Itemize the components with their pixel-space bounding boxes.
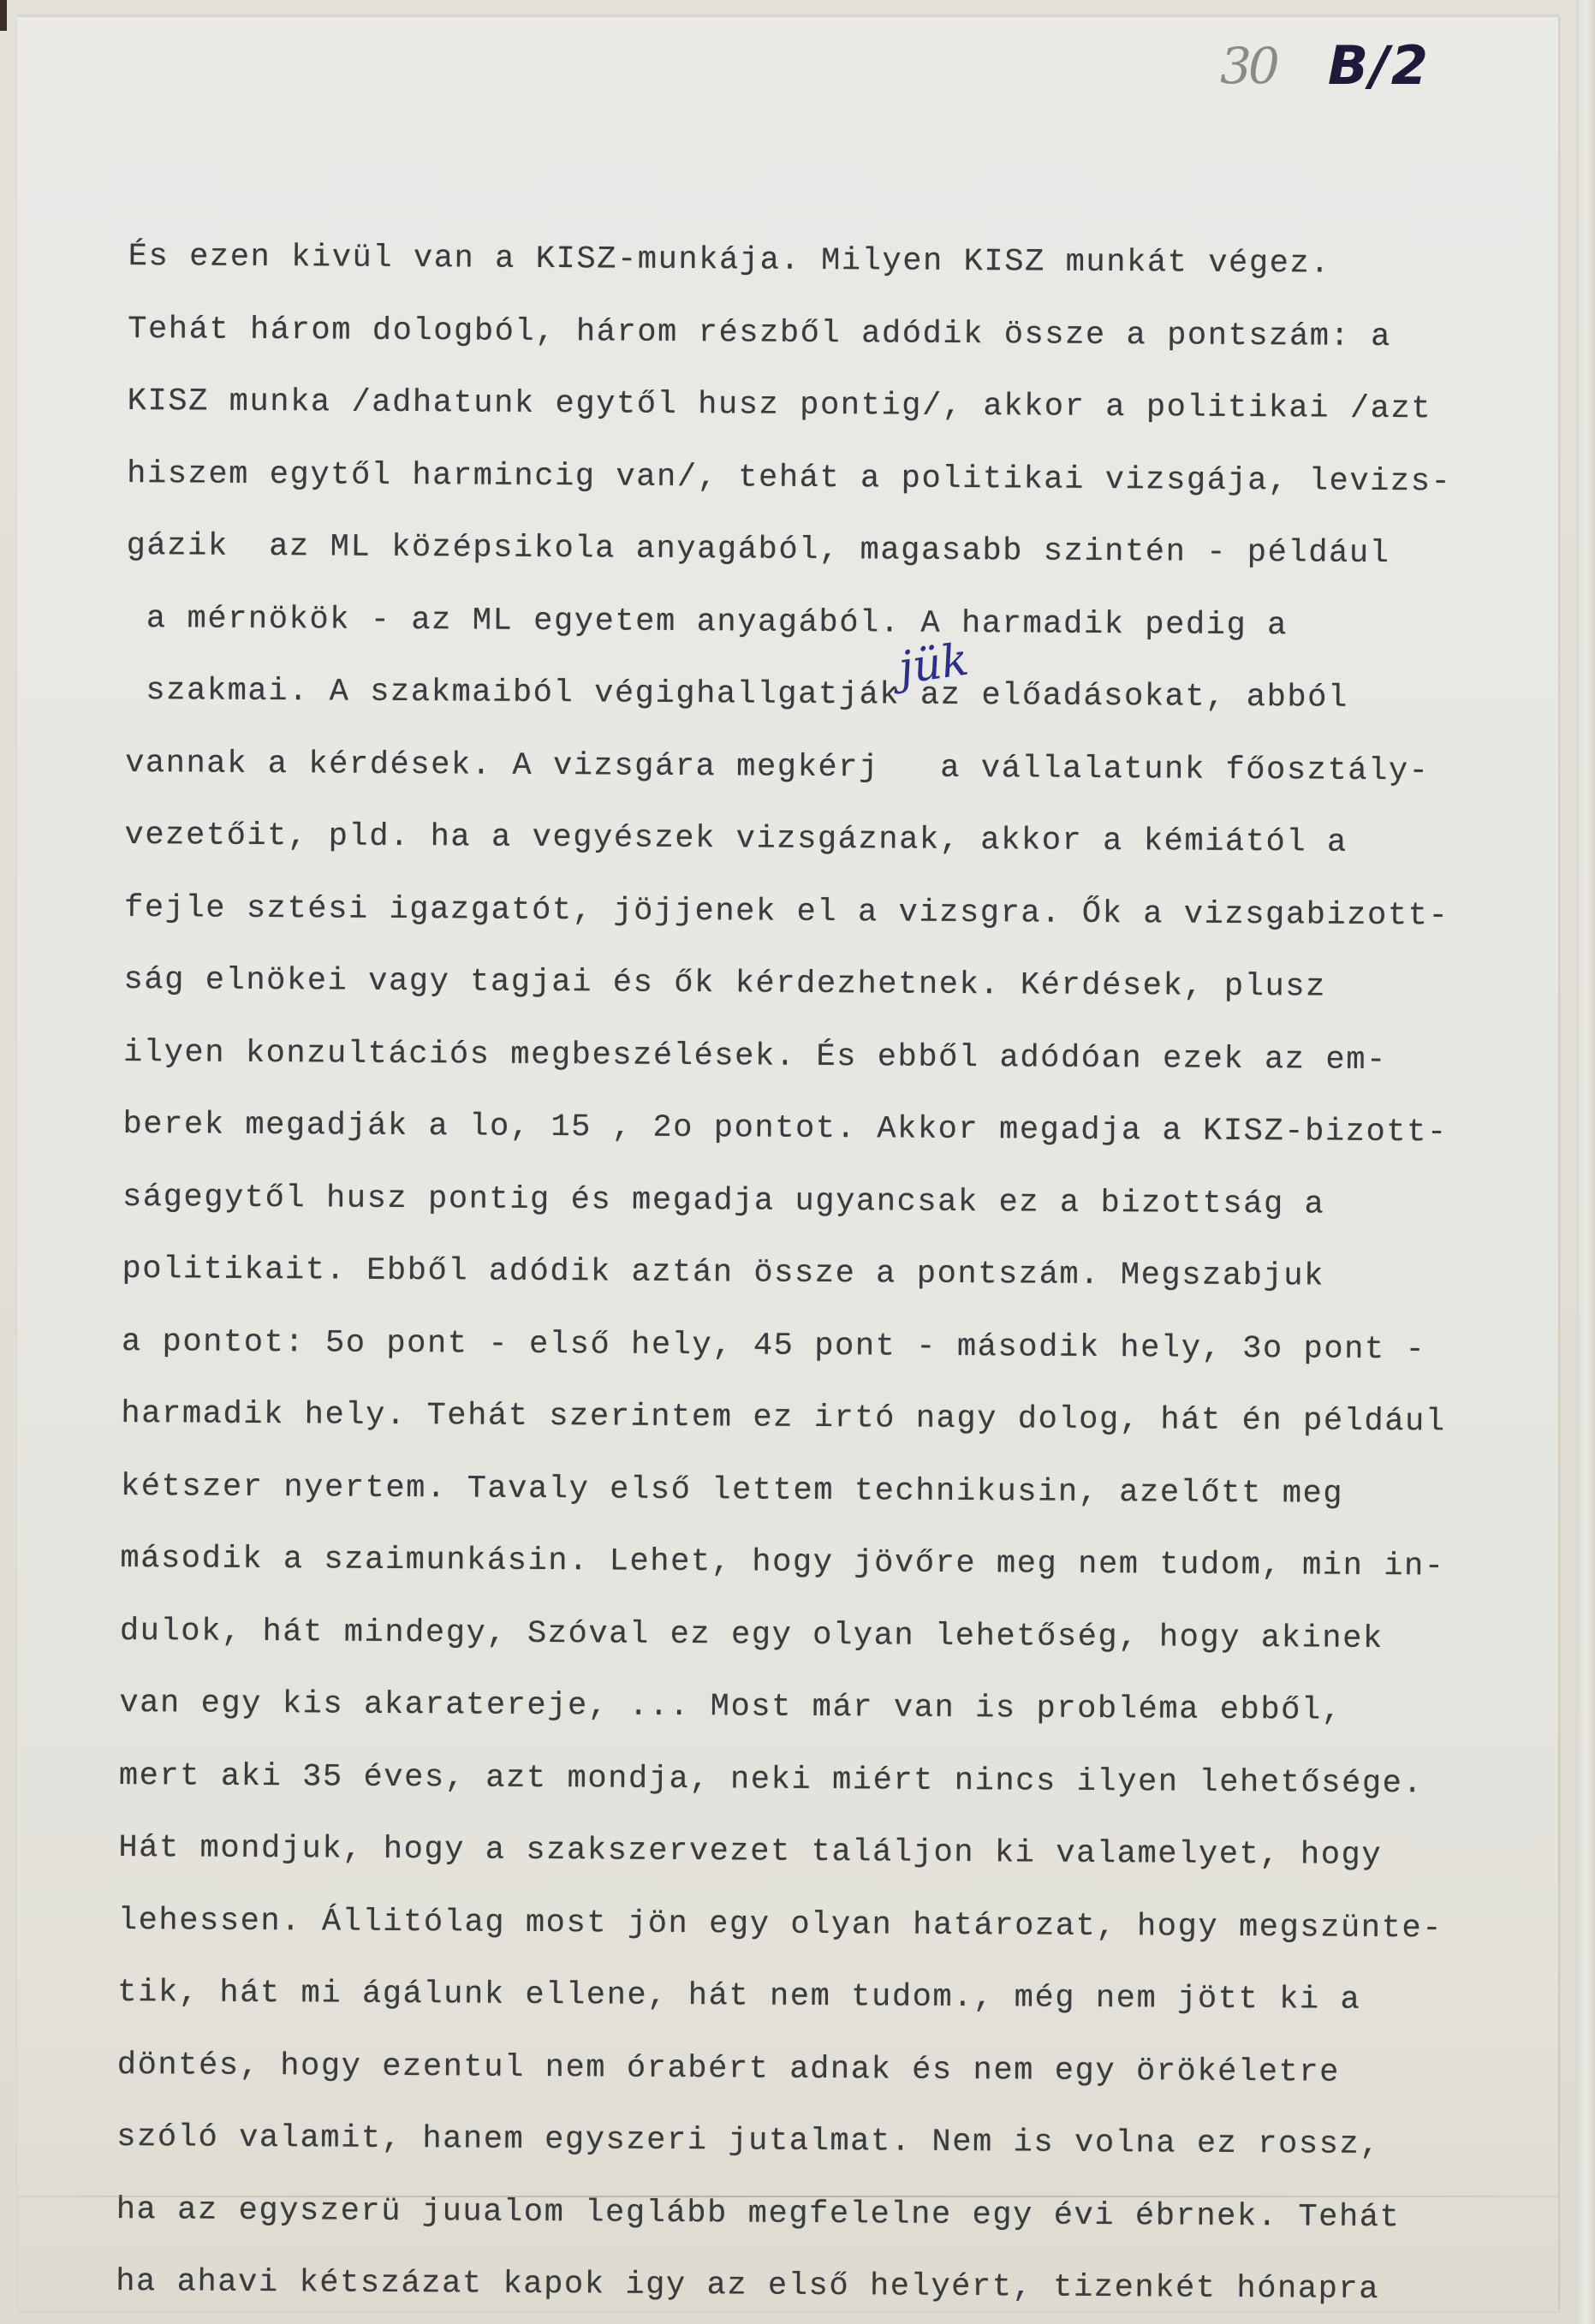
text-line: berek megadják a lo, 15 , 2o pontot. Akk…	[122, 1089, 1535, 1170]
text-line: vezetőit, pld. ha a vegyészek vizsgáznak…	[124, 799, 1537, 881]
text-line: ilyen konzultációs megbeszélések. És ebb…	[123, 1016, 1536, 1097]
text-line: vannak a kérdések. A vizsgára megkérj a …	[125, 727, 1538, 808]
text-line: ha az egyszerü juualom leglább megfeleln…	[116, 2173, 1529, 2255]
text-line: lehessen. Állitólag most jön egy olyan h…	[118, 1884, 1531, 1965]
text-line: fejle sztési igazgatót, jöjjenek el a vi…	[124, 871, 1537, 953]
corner-shadow	[0, 0, 7, 31]
text-line: politikait. Ebből adódik aztán össze a p…	[122, 1233, 1534, 1315]
text-line: ha ahavi kétszázat kapok igy az első hel…	[116, 2246, 1528, 2324]
page-annotations: 30 B/2	[1220, 34, 1430, 97]
text-line: ságegytől husz pontig és megadja ugyancs…	[122, 1161, 1535, 1242]
text-line: KISZ munka /adhatunk egytől husz pontig/…	[127, 366, 1539, 447]
pencil-page-number: 30	[1220, 37, 1277, 95]
text-line: második a szaimunkásin. Lehet, hogy jövő…	[120, 1523, 1533, 1604]
ink-reference-mark: B/2	[1328, 34, 1430, 97]
text-line: Hát mondjuk, hogy a szakszervezet találj…	[118, 1812, 1531, 1893]
text-line: van egy kis akaratereje, ... Most már va…	[119, 1667, 1532, 1749]
text-line: És ezen kivül van a KISZ-munkája. Milyen…	[128, 221, 1540, 302]
text-line: mert aki 35 éves, azt mondja, neki miért…	[119, 1739, 1532, 1821]
text-line: hiszem egytől harmincig van/, tehát a po…	[127, 437, 1539, 519]
handwritten-correction: jük	[896, 634, 972, 695]
text-line: a pontot: 5o pont - első hely, 45 pont -…	[122, 1305, 1534, 1387]
text-line: gázik az ML középsikola anyagából, magas…	[126, 510, 1538, 591]
text-line: harmadik hely. Tehát szerintem ez irtó n…	[121, 1378, 1533, 1459]
text-line: szakmai. A szakmaiból végighallgatják az…	[125, 655, 1538, 736]
text-line: döntés, hogy ezentul nem órabért adnak é…	[117, 2029, 1530, 2110]
text-line: a mérnökök - az ML egyetem anyagából. A …	[126, 582, 1538, 663]
paper-fold-line	[17, 2196, 1558, 2197]
text-line: kétszer nyertem. Tavaly első lettem tech…	[121, 1450, 1533, 1531]
text-line: Tehát három dologból, három részből adód…	[128, 293, 1540, 374]
typed-body-text: És ezen kivül van a KISZ-munkája. Milyen…	[116, 221, 1541, 2324]
text-line: dulok, hát mindegy, Szóval ez egy olyan …	[120, 1595, 1533, 1676]
page-edge	[1576, 0, 1595, 2324]
text-line: szóló valamit, hanem egyszeri jutalmat. …	[116, 2101, 1529, 2183]
text-line: tik, hát mi ágálunk ellene, hát nem tudo…	[117, 1957, 1530, 2038]
text-line: ság elnökei vagy tagjai és ők kérdezhetn…	[123, 944, 1536, 1025]
